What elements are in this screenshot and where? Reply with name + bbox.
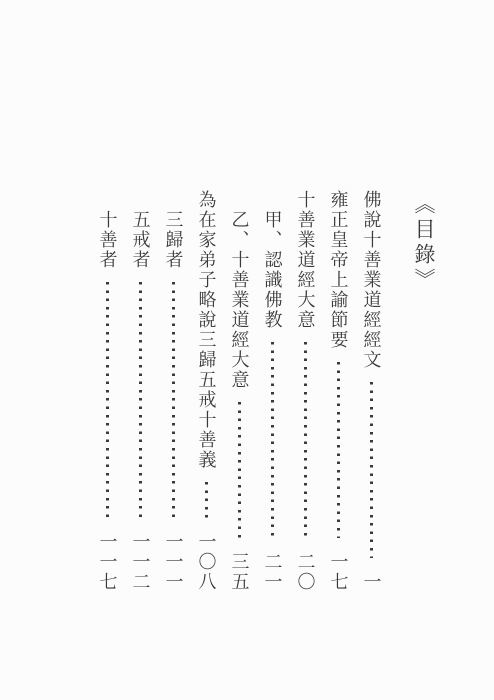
dotted-leader [238,402,241,538]
dotted-leader [370,382,373,558]
toc-entry: 十善業道經大意 二〇 [295,190,316,592]
toc-entry-label: 為在家弟子略說三歸五戒十善義 [194,190,220,470]
toc-entry: 雍正皇帝上諭節要 一七 [328,190,349,592]
toc-entry-label: 三歸者 [161,190,187,270]
dotted-leader [172,282,175,518]
toc-entry-page-number: 三五 [227,552,253,592]
toc-entry: 乙、十善業道經大意 三五 [229,190,250,592]
toc-entry-label: 五戒者 [128,190,154,270]
toc-entry: 五戒者 一一二 [130,190,151,592]
dotted-leader [106,282,109,518]
toc-entry: 佛說十善業道經經文 一 [361,190,382,592]
toc-entry-label: 十善業道經大意 [293,190,319,330]
toc-entry-page-number: 一一一 [161,532,187,592]
dotted-leader [271,342,274,538]
toc-entry-page-number: 一一七 [95,532,121,592]
toc-entry-page-number: 一〇八 [194,532,220,592]
dotted-leader [304,342,307,538]
toc-container: 《目錄》 佛說十善業道經經文 一 雍正皇帝上諭節要 一七 十善業道經大意 二〇 … [87,190,439,592]
toc-entry-label: 雍正皇帝上諭節要 [326,190,352,350]
toc-entry-page-number: 一七 [326,552,352,592]
toc-entry-page-number: 一 [359,572,385,592]
page-title: 《目錄》 [409,190,439,592]
dotted-leader [139,282,142,518]
toc-entry: 甲、認識佛教 二一 [262,190,283,592]
toc-entry-label: 佛說十善業道經經文 [359,190,385,370]
toc-entry: 三歸者 一一一 [163,190,184,592]
toc-entry-page-number: 二〇 [293,552,319,592]
toc-entry: 十善者 一一七 [97,190,118,592]
toc-entry-label: 甲、認識佛教 [260,190,286,330]
toc-entry-label: 十善者 [95,190,121,270]
dotted-leader [205,482,208,518]
toc-page: 《目錄》 佛說十善業道經經文 一 雍正皇帝上諭節要 一七 十善業道經大意 二〇 … [0,0,494,700]
toc-entry-page-number: 二一 [260,552,286,592]
dotted-leader [337,362,340,538]
toc-entry-label: 乙、十善業道經大意 [227,190,253,390]
toc-entry-page-number: 一一二 [128,532,154,592]
toc-entry: 為在家弟子略說三歸五戒十善義 一〇八 [196,190,217,592]
